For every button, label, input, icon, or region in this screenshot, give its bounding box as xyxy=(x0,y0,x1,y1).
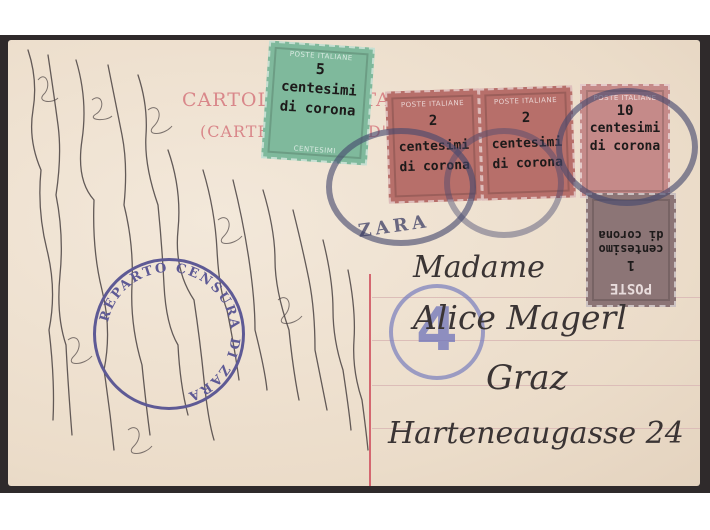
divider-line xyxy=(369,274,371,486)
stamp-brown-1c-inverted: POSTE 1 centesimo di corona xyxy=(586,193,676,307)
postmark-zara xyxy=(556,88,698,206)
address-name: Alice Magerl xyxy=(413,298,627,337)
svg-text:REPARTO CENSURA DI ZARA: REPARTO CENSURA DI ZARA xyxy=(97,261,242,404)
address-street: Harteneaugasse 24 xyxy=(388,416,684,451)
address-salutation: Madame xyxy=(413,250,545,285)
postcard: CARTOLINA POSTALE ITALIANA (CARTE POSTAL… xyxy=(8,40,700,486)
censor-cachet-text: REPARTO CENSURA DI ZARA xyxy=(93,258,245,410)
postmark-zara xyxy=(444,128,564,238)
address-city: Graz xyxy=(486,358,568,398)
